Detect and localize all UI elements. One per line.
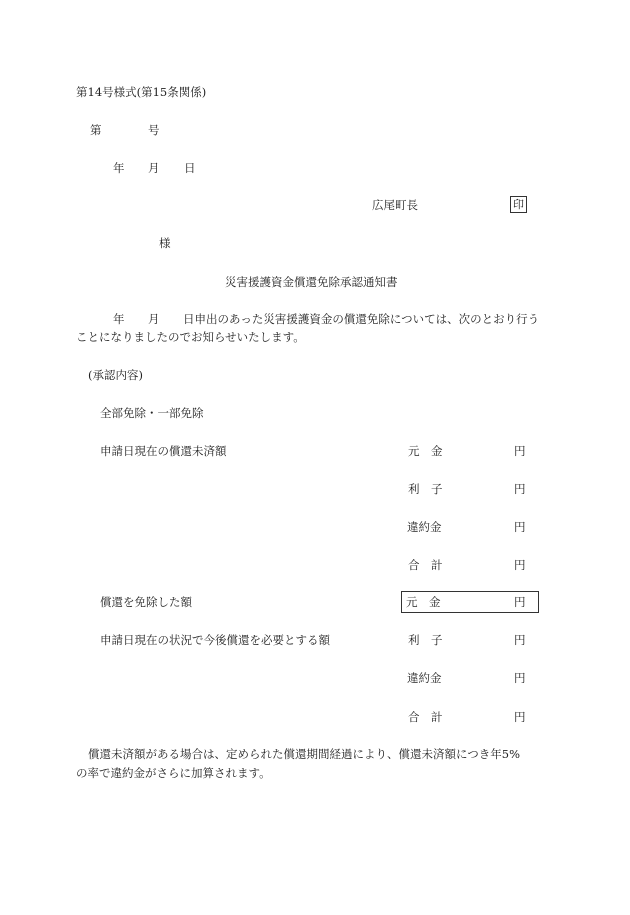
addressee-suffix: 様 bbox=[159, 236, 171, 250]
row-unit: 円 bbox=[514, 671, 526, 685]
row-unit: 円 bbox=[514, 444, 526, 458]
row-unit: 円 bbox=[514, 710, 526, 724]
group-label-future: 申請日現在の状況で今後償還を必要とする額 bbox=[100, 633, 330, 647]
group-label-outstanding: 申請日現在の償還未済額 bbox=[100, 444, 227, 458]
note-line1: 償還未済額がある場合は、定められた償還期間経過により、償還未済額につき年5% bbox=[88, 747, 520, 761]
section-heading: (承認内容) bbox=[88, 368, 143, 382]
date-day: 日 bbox=[184, 161, 196, 175]
row-unit: 円 bbox=[514, 482, 526, 496]
intro-line1: 日申出のあった災害援護資金の償還免除については、次のとおり行う bbox=[183, 312, 539, 326]
intro-year: 年 bbox=[113, 312, 125, 326]
row-unit: 円 bbox=[514, 595, 526, 609]
row-item: 元 金 bbox=[408, 444, 443, 458]
note-line2: の率で違約金がさらに加算されます。 bbox=[76, 766, 271, 780]
number-suffix: 号 bbox=[148, 123, 160, 137]
document-title: 災害援護資金償還免除承認通知書 bbox=[225, 275, 398, 289]
row-item: 合 計 bbox=[408, 710, 443, 724]
form-label: 第14号様式(第15条関係) bbox=[76, 85, 206, 99]
exemption-type: 全部免除・一部免除 bbox=[100, 406, 204, 420]
row-item: 違約金 bbox=[407, 671, 442, 685]
number-prefix: 第 bbox=[90, 123, 102, 137]
row-item: 元 金 bbox=[406, 595, 441, 609]
group-label-exempted: 償還を免除した額 bbox=[100, 595, 192, 609]
issuer-name: 広尾町長 bbox=[372, 198, 418, 212]
intro-month: 月 bbox=[148, 312, 160, 326]
seal-mark: 印 bbox=[510, 196, 527, 213]
intro-line2: ことになりましたのでお知らせいたします。 bbox=[76, 330, 305, 344]
date-month: 月 bbox=[148, 161, 160, 175]
row-unit: 円 bbox=[514, 520, 526, 534]
date-year: 年 bbox=[113, 161, 125, 175]
row-item: 合 計 bbox=[408, 558, 443, 572]
row-item: 利 子 bbox=[408, 482, 443, 496]
row-item: 違約金 bbox=[407, 520, 442, 534]
row-unit: 円 bbox=[514, 558, 526, 572]
row-item: 利 子 bbox=[408, 633, 443, 647]
row-unit: 円 bbox=[514, 633, 526, 647]
